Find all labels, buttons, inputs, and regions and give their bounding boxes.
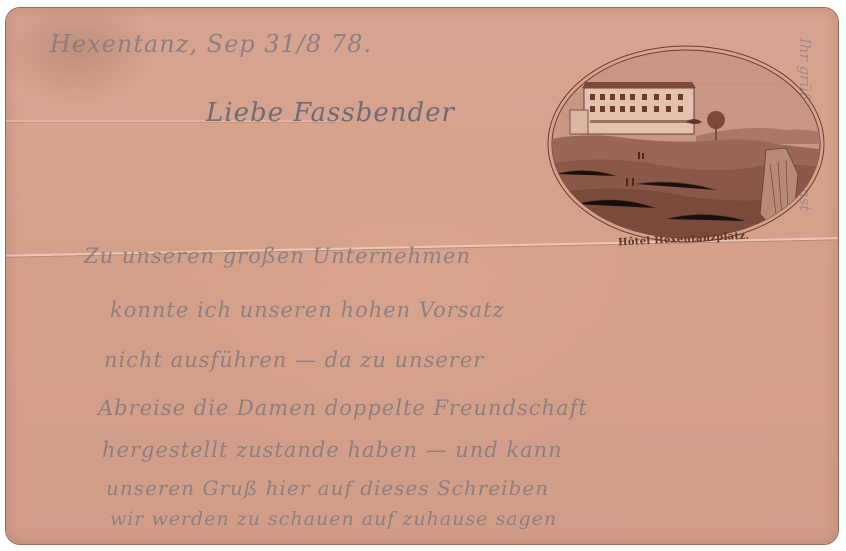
handwritten-line: Abreise die Damen doppelte Freundschaft: [98, 396, 588, 420]
handwritten-line: konnte ich unseren hohen Vorsatz: [110, 298, 505, 322]
handwritten-line: nicht ausführen — da zu unserer: [104, 348, 484, 372]
handwritten-line: unseren Gruß hier auf dieses Schreiben: [106, 476, 549, 500]
salutation-text: Liebe Fassbender: [206, 98, 455, 128]
hotel-engraving-illustration: [546, 44, 826, 244]
handwritten-line: Zu unseren großen Unternehmen: [84, 244, 471, 268]
postcard: Hexentanz, Sep 31/8 78. Liebe Fassbender…: [6, 8, 838, 544]
handwritten-line: wir werden zu schauen auf zuhause sagen: [110, 508, 557, 530]
handwritten-header: Hexentanz, Sep 31/8 78.: [50, 30, 372, 58]
handwritten-salutation: Liebe Fassbender: [206, 98, 455, 128]
handwritten-line: hergestellt zustande haben — und kann: [102, 438, 563, 462]
